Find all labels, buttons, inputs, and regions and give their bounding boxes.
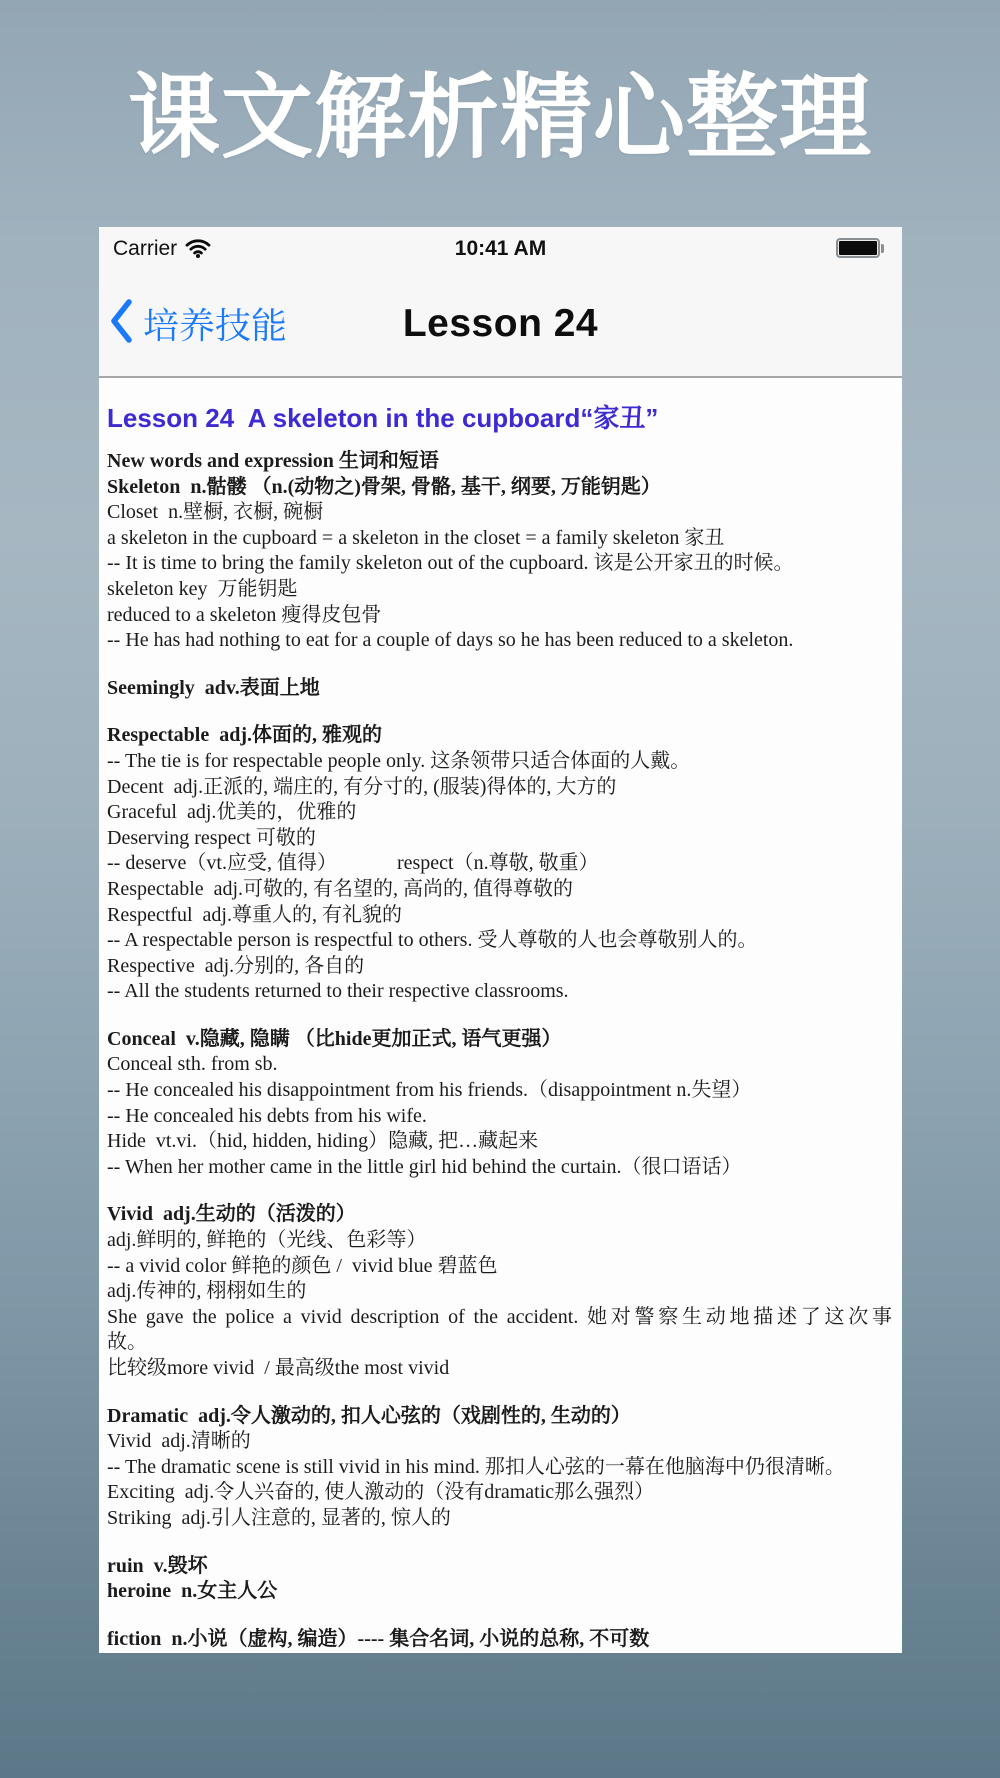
nav-title: Lesson 24 bbox=[99, 271, 902, 376]
blank-line bbox=[107, 1180, 892, 1202]
status-time: 10:41 AM bbox=[99, 237, 902, 261]
content-line: Closet n.壁橱, 衣橱, 碗橱 bbox=[107, 500, 892, 526]
content-line: 比较级more vivid / 最高级the most vivid bbox=[107, 1356, 892, 1382]
content-line: -- It is time to bring the family skelet… bbox=[107, 551, 892, 577]
status-bar: Carrier 10:41 AM bbox=[99, 227, 902, 271]
content-line: skeleton key 万能钥匙 bbox=[107, 577, 892, 603]
content-line: Respectable adj.体面的, 雅观的 bbox=[107, 723, 892, 749]
lesson-heading: Lesson 24 A skeleton in the cupboard“家丑” bbox=[107, 398, 892, 435]
content-line: -- He concealed his debts from his wife. bbox=[107, 1104, 892, 1130]
content-line: -- He has had nothing to eat for a coupl… bbox=[107, 628, 892, 654]
content-line: -- A respectable person is respectful to… bbox=[107, 928, 892, 954]
blank-line bbox=[107, 701, 892, 723]
content-line: Exciting adj.令人兴奋的, 使人激动的（没有dramatic那么强烈… bbox=[107, 1480, 892, 1506]
content-line: Seemingly adv.表面上地 bbox=[107, 676, 892, 702]
content-line: Hide vt.vi.（hid, hidden, hiding）隐藏, 把…藏起… bbox=[107, 1129, 892, 1155]
battery-nub bbox=[881, 244, 884, 253]
content-line: Decent adj.正派的, 端庄的, 有分寸的, (服装)得体的, 大方的 bbox=[107, 775, 892, 801]
lesson-lines: New words and expression 生词和短语Skeleton n… bbox=[107, 449, 892, 1653]
content-line: Vivid adj.生动的（活泼的） bbox=[107, 1202, 892, 1228]
content-line: Dramatic adj.令人激动的, 扣人心弦的（戏剧性的, 生动的） bbox=[107, 1404, 892, 1430]
blank-line bbox=[107, 1382, 892, 1404]
content-line: -- All the students returned to their re… bbox=[107, 979, 892, 1005]
content-line: heroine n.女主人公 bbox=[107, 1579, 892, 1605]
clipped-line: science fiction 科幻小说 bbox=[107, 1652, 892, 1653]
content-line: Conceal sth. from sb. bbox=[107, 1052, 892, 1078]
content-line: Deserving respect 可敬的 bbox=[107, 826, 892, 852]
blank-line bbox=[107, 1605, 892, 1627]
content-line: reduced to a skeleton 瘦得皮包骨 bbox=[107, 603, 892, 629]
blank-line bbox=[107, 1532, 892, 1554]
content-line: New words and expression 生词和短语 bbox=[107, 449, 892, 475]
content-line: fiction n.小说（虚构, 编造）---- 集合名词, 小说的总称, 不可… bbox=[107, 1627, 892, 1653]
content-line: She gave the police a vivid description … bbox=[107, 1305, 892, 1331]
content-line: Respective adj.分别的, 各自的 bbox=[107, 954, 892, 980]
nav-bar: 培养技能 Lesson 24 bbox=[99, 271, 902, 378]
banner-title: 课文解析精心整理 bbox=[0, 68, 1000, 169]
content-line: Respectable adj.可敬的, 有名望的, 高尚的, 值得尊敬的 bbox=[107, 877, 892, 903]
content-line: Skeleton n.骷髅 （n.(动物之)骨架, 骨骼, 基干, 纲要, 万能… bbox=[107, 475, 892, 501]
blank-line bbox=[107, 1005, 892, 1027]
content-line: ruin v.毁坏 bbox=[107, 1554, 892, 1580]
phone-screenshot: Carrier 10:41 AM bbox=[99, 227, 902, 1653]
content-line: adj.鲜明的, 鲜艳的（光线、色彩等） bbox=[107, 1228, 892, 1254]
content-line: Conceal v.隐藏, 隐瞒 （比hide更加正式, 语气更强） bbox=[107, 1027, 892, 1053]
content-line: adj.传神的, 栩栩如生的 bbox=[107, 1279, 892, 1305]
blank-line bbox=[107, 654, 892, 676]
content-line: -- a vivid color 鲜艳的颜色 / vivid blue 碧蓝色 bbox=[107, 1254, 892, 1280]
content-line: -- He concealed his disappointment from … bbox=[107, 1078, 892, 1104]
battery-fill bbox=[839, 241, 877, 255]
content-line: -- The tie is for respectable people onl… bbox=[107, 749, 892, 775]
content-line: -- When her mother came in the little gi… bbox=[107, 1155, 892, 1181]
content-line: Vivid adj.清晰的 bbox=[107, 1429, 892, 1455]
battery-body bbox=[836, 238, 880, 258]
content-line: a skeleton in the cupboard = a skeleton … bbox=[107, 526, 892, 552]
battery-icon bbox=[836, 238, 884, 258]
content-line: Striking adj.引人注意的, 显著的, 惊人的 bbox=[107, 1506, 892, 1532]
content-line: Respectful adj.尊重人的, 有礼貌的 bbox=[107, 903, 892, 929]
content-line: 故。 bbox=[107, 1330, 892, 1356]
content-line: Graceful adj.优美的，优雅的 bbox=[107, 800, 892, 826]
content-line: -- The dramatic scene is still vivid in … bbox=[107, 1455, 892, 1481]
content-line: -- deserve（vt.应受, 值得） respect（n.尊敬, 敬重） bbox=[107, 851, 892, 877]
lesson-content-scroll-area[interactable]: Lesson 24 A skeleton in the cupboard“家丑”… bbox=[99, 378, 902, 1653]
